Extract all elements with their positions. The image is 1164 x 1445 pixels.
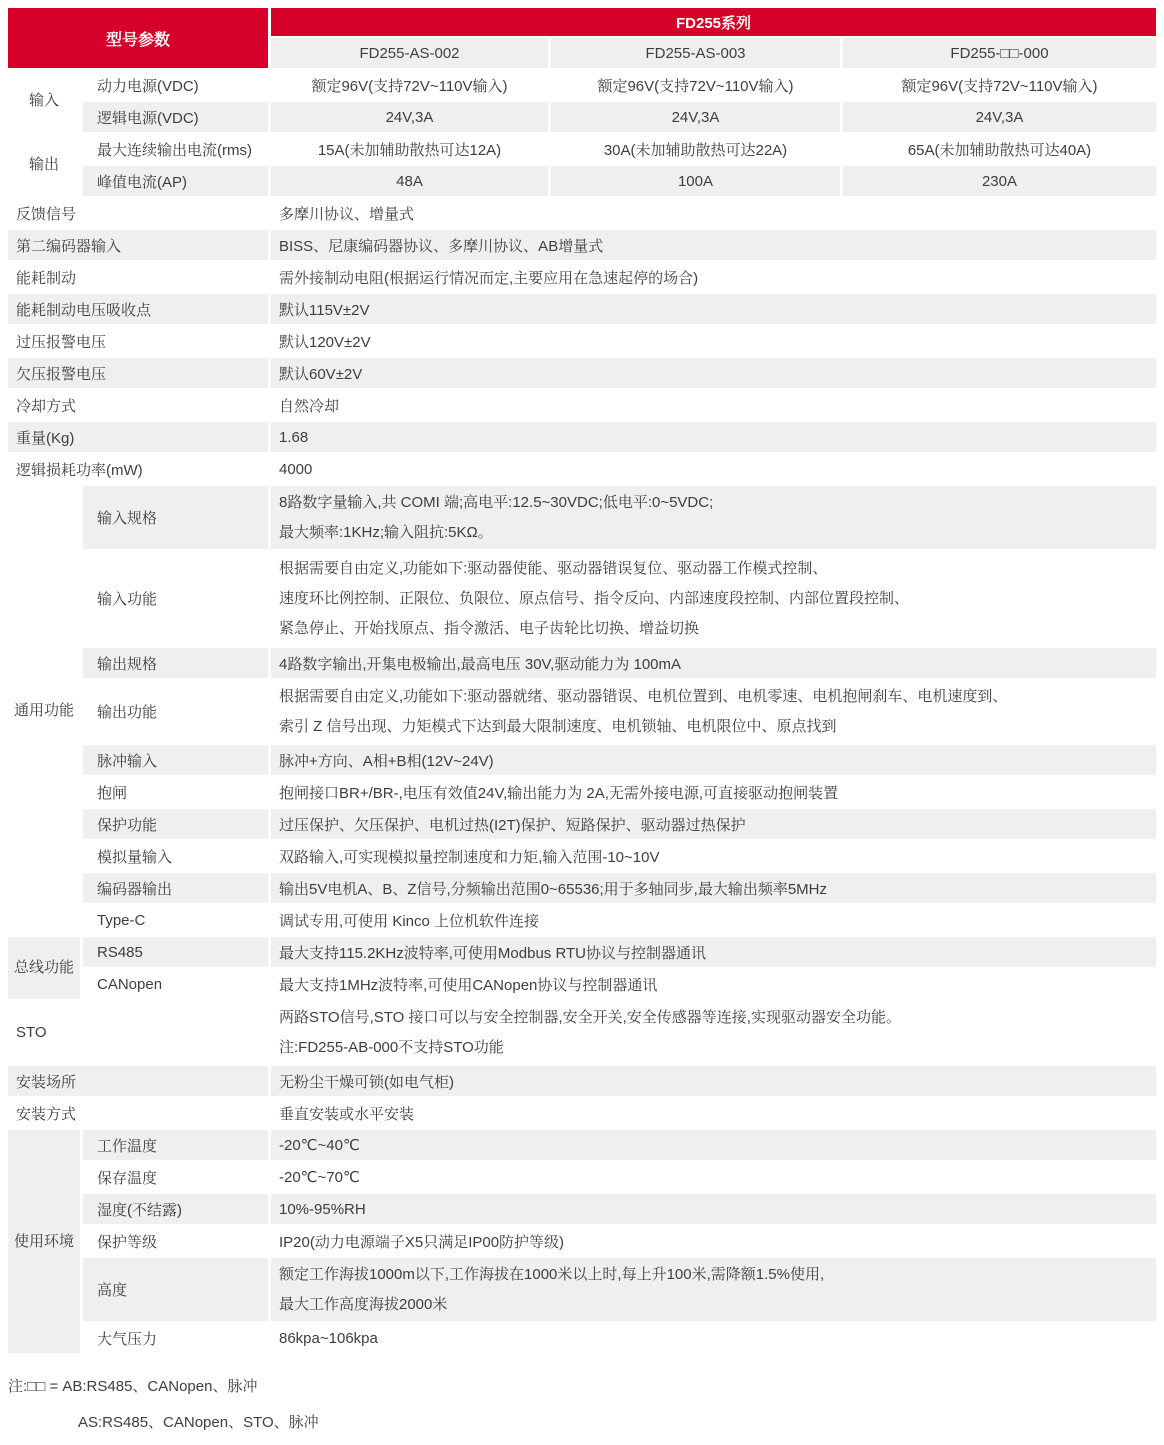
- spec-row: RS485最大支持115.2KHz波特率,可使用Modbus RTU协议与控制器…: [83, 937, 1156, 967]
- row-label: 工作温度: [83, 1130, 268, 1160]
- row-label: 编码器输出: [83, 873, 268, 903]
- row-label: 保护等级: [83, 1226, 268, 1256]
- spec-row: 工作温度-20℃~40℃: [83, 1130, 1156, 1160]
- row-label: 能耗制动: [8, 262, 268, 292]
- row-value: 两路STO信号,STO 接口可以与安全控制器,安全开关,安全传感器等连接,实现驱…: [271, 1001, 1156, 1064]
- value-cell: 48A: [271, 166, 548, 196]
- row-value: 需外接制动电阻(根据运行情况而定,主要应用在急速起停的场合): [271, 262, 1156, 292]
- row-label: RS485: [83, 937, 268, 967]
- row-label: 重量(Kg): [8, 422, 268, 452]
- spec-row: Type-C调试专用,可使用 Kinco 上位机软件连接: [83, 905, 1156, 935]
- row-label: 逻辑损耗功率(mW): [8, 454, 268, 484]
- row-label: 湿度(不结露): [83, 1194, 268, 1224]
- value-cell: 24V,3A: [271, 102, 548, 132]
- value-cell: 65A(未加辅助散热可达40A): [843, 134, 1156, 164]
- row-value: 自然冷却: [271, 390, 1156, 420]
- footnote: 注:□□ = AB:RS485、CANopen、脉冲 AS:RS485、CANo…: [8, 1377, 1156, 1433]
- spec-section: 输入动力电源(VDC)额定96V(支持72V~110V输入)额定96V(支持72…: [8, 70, 1156, 132]
- spec-row: 抱闸抱闸接口BR+/BR-,电压有效值24V,输出能力为 2A,无需外接电源,可…: [83, 777, 1156, 807]
- row-value: 脉冲+方向、A相+B相(12V~24V): [271, 745, 1156, 775]
- row-label: 峰值电流(AP): [83, 166, 268, 196]
- group-label: 输入: [8, 70, 80, 132]
- row-label: Type-C: [83, 905, 268, 935]
- spec-row: 最大连续输出电流(rms)15A(未加辅助散热可达12A)30A(未加辅助散热可…: [83, 134, 1156, 164]
- value-cell: 30A(未加辅助散热可达22A): [551, 134, 840, 164]
- spec-row: 能耗制动需外接制动电阻(根据运行情况而定,主要应用在急速起停的场合): [8, 262, 1156, 292]
- param-col-header: 型号参数: [8, 8, 268, 68]
- value-line: 根据需要自由定义,功能如下:驱动器就绪、驱动器错误、电机位置到、电机零速、电机抱…: [279, 682, 1146, 712]
- row-value: 10%-95%RH: [271, 1194, 1156, 1224]
- section-rows: 输入规格8路数字量输入,共 COMI 端;高电平:12.5~30VDC;低电平:…: [83, 486, 1156, 935]
- value-cell: 额定96V(支持72V~110V输入): [271, 70, 548, 100]
- row-value: 1.68: [271, 422, 1156, 452]
- row-label: 逻辑电源(VDC): [83, 102, 268, 132]
- row-label: 第二编码器输入: [8, 230, 268, 260]
- row-value: 默认115V±2V: [271, 294, 1156, 324]
- row-value: BISS、尼康编码器协议、多摩川协议、AB增量式: [271, 230, 1156, 260]
- spec-sections: 输入动力电源(VDC)额定96V(支持72V~110V输入)额定96V(支持72…: [8, 70, 1156, 1353]
- row-value: 输出5V电机A、B、Z信号,分频输出范围0~65536;用于多轴同步,最大输出频…: [271, 873, 1156, 903]
- row-label: 模拟量输入: [83, 841, 268, 871]
- spec-row: 高度额定工作海拔1000m以下,工作海拔在1000米以上时,每上升100米,需降…: [83, 1258, 1156, 1321]
- spec-row: 逻辑电源(VDC)24V,3A24V,3A24V,3A: [83, 102, 1156, 132]
- row-value: 双路输入,可实现模拟量控制速度和力矩,输入范围-10~10V: [271, 841, 1156, 871]
- footnote-line: AS:RS485、CANopen、STO、脉冲: [78, 1413, 1156, 1433]
- group-label: 通用功能: [8, 486, 80, 935]
- spec-row: 峰值电流(AP)48A100A230A: [83, 166, 1156, 196]
- spec-row: 输入功能根据需要自由定义,功能如下:驱动器使能、驱动器错误复位、驱动器工作模式控…: [83, 551, 1156, 646]
- row-value: 默认60V±2V: [271, 358, 1156, 388]
- model-column-header: FD255-AS-003: [551, 38, 840, 68]
- spec-row: 输出功能根据需要自由定义,功能如下:驱动器就绪、驱动器错误、电机位置到、电机零速…: [83, 680, 1156, 743]
- spec-row: 输入规格8路数字量输入,共 COMI 端;高电平:12.5~30VDC;低电平:…: [83, 486, 1156, 549]
- footnote-line: 注:□□ = AB:RS485、CANopen、脉冲: [8, 1377, 1156, 1397]
- row-value: 抱闸接口BR+/BR-,电压有效值24V,输出能力为 2A,无需外接电源,可直接…: [271, 777, 1156, 807]
- spec-page: 型号参数 FD255系列 FD255-AS-002 FD255-AS-003 F…: [0, 0, 1164, 1433]
- row-value: 调试专用,可使用 Kinco 上位机软件连接: [271, 905, 1156, 935]
- spec-row: 冷却方式自然冷却: [8, 390, 1156, 420]
- spec-row: 重量(Kg)1.68: [8, 422, 1156, 452]
- value-cell: 24V,3A: [843, 102, 1156, 132]
- row-label: 冷却方式: [8, 390, 268, 420]
- row-value: -20℃~70℃: [271, 1162, 1156, 1192]
- value-line: 最大频率:1KHz;输入阻抗:5KΩ。: [279, 518, 1146, 548]
- spec-row: 安装场所无粉尘干燥可锁(如电气柜): [8, 1066, 1156, 1096]
- row-value: 4000: [271, 454, 1156, 484]
- model-column-header: FD255-□□-000: [843, 38, 1156, 68]
- row-label: 最大连续输出电流(rms): [83, 134, 268, 164]
- row-label: 高度: [83, 1258, 268, 1321]
- group-label: 使用环境: [8, 1130, 80, 1353]
- value-cell: 100A: [551, 166, 840, 196]
- spec-section: 总线功能RS485最大支持115.2KHz波特率,可使用Modbus RTU协议…: [8, 937, 1156, 999]
- row-label: 大气压力: [83, 1323, 268, 1353]
- spec-row: 湿度(不结露)10%-95%RH: [83, 1194, 1156, 1224]
- row-label: 输出功能: [83, 680, 268, 743]
- value-line: 最大工作高度海拔2000米: [279, 1290, 1146, 1320]
- row-value: 最大支持115.2KHz波特率,可使用Modbus RTU协议与控制器通讯: [271, 937, 1156, 967]
- row-label: 保存温度: [83, 1162, 268, 1192]
- value-line: 根据需要自由定义,功能如下:驱动器使能、驱动器错误复位、驱动器工作模式控制、: [279, 554, 1146, 584]
- row-label: 输出规格: [83, 648, 268, 678]
- row-label: 反馈信号: [8, 198, 268, 228]
- spec-row: 第二编码器输入BISS、尼康编码器协议、多摩川协议、AB增量式: [8, 230, 1156, 260]
- row-label: 脉冲输入: [83, 745, 268, 775]
- spec-row: 反馈信号多摩川协议、增量式: [8, 198, 1156, 228]
- value-cell: 额定96V(支持72V~110V输入): [551, 70, 840, 100]
- spec-row: 能耗制动电压吸收点默认115V±2V: [8, 294, 1156, 324]
- spec-row: 编码器输出输出5V电机A、B、Z信号,分频输出范围0~65536;用于多轴同步,…: [83, 873, 1156, 903]
- row-value: -20℃~40℃: [271, 1130, 1156, 1160]
- row-value: 根据需要自由定义,功能如下:驱动器就绪、驱动器错误、电机位置到、电机零速、电机抱…: [271, 680, 1156, 743]
- section-rows: RS485最大支持115.2KHz波特率,可使用Modbus RTU协议与控制器…: [83, 937, 1156, 999]
- row-value: 根据需要自由定义,功能如下:驱动器使能、驱动器错误复位、驱动器工作模式控制、速度…: [271, 551, 1156, 646]
- row-label: 欠压报警电压: [8, 358, 268, 388]
- value-line: 速度环比例控制、正限位、负限位、原点信号、指令反向、内部速度段控制、内部位置段控…: [279, 584, 1146, 614]
- spec-row: 输出规格4路数字输出,开集电极输出,最高电压 30V,驱动能力为 100mA: [83, 648, 1156, 678]
- spec-row: STO两路STO信号,STO 接口可以与安全控制器,安全开关,安全传感器等连接,…: [8, 1001, 1156, 1064]
- value-line: 索引 Z 信号出现、力矩模式下达到最大限制速度、电机锁轴、电机限位中、原点找到: [279, 712, 1146, 742]
- row-value: 过压保护、欠压保护、电机过热(I2T)保护、短路保护、驱动器过热保护: [271, 809, 1156, 839]
- row-label: 安装场所: [8, 1066, 268, 1096]
- row-value: 垂直安装或水平安装: [271, 1098, 1156, 1128]
- row-value: IP20(动力电源端子X5只满足IP00防护等级): [271, 1226, 1156, 1256]
- spec-row: 安装方式垂直安装或水平安装: [8, 1098, 1156, 1128]
- table-header: 型号参数 FD255系列 FD255-AS-002 FD255-AS-003 F…: [8, 8, 1156, 68]
- spec-section: 使用环境工作温度-20℃~40℃保存温度-20℃~70℃湿度(不结露)10%-9…: [8, 1130, 1156, 1353]
- section-rows: 最大连续输出电流(rms)15A(未加辅助散热可达12A)30A(未加辅助散热可…: [83, 134, 1156, 196]
- model-header-row: FD255-AS-002 FD255-AS-003 FD255-□□-000: [271, 38, 1156, 68]
- spec-row: 欠压报警电压默认60V±2V: [8, 358, 1156, 388]
- value-line: 两路STO信号,STO 接口可以与安全控制器,安全开关,安全传感器等连接,实现驱…: [279, 1003, 1146, 1033]
- spec-section: 通用功能输入规格8路数字量输入,共 COMI 端;高电平:12.5~30VDC;…: [8, 486, 1156, 935]
- spec-row: 逻辑损耗功率(mW)4000: [8, 454, 1156, 484]
- value-cell: 24V,3A: [551, 102, 840, 132]
- value-cell: 230A: [843, 166, 1156, 196]
- row-label: 安装方式: [8, 1098, 268, 1128]
- group-label: 输出: [8, 134, 80, 196]
- row-value: 86kpa~106kpa: [271, 1323, 1156, 1353]
- row-value: 额定工作海拔1000m以下,工作海拔在1000米以上时,每上升100米,需降额1…: [271, 1258, 1156, 1321]
- row-label: 动力电源(VDC): [83, 70, 268, 100]
- spec-section: 输出最大连续输出电流(rms)15A(未加辅助散热可达12A)30A(未加辅助散…: [8, 134, 1156, 196]
- value-cell: 15A(未加辅助散热可达12A): [271, 134, 548, 164]
- row-label: 输入规格: [83, 486, 268, 549]
- model-column-header: FD255-AS-002: [271, 38, 548, 68]
- spec-row: 过压报警电压默认120V±2V: [8, 326, 1156, 356]
- spec-table: 型号参数 FD255系列 FD255-AS-002 FD255-AS-003 F…: [8, 8, 1156, 1353]
- row-label: STO: [8, 1001, 268, 1064]
- row-value: 无粉尘干燥可锁(如电气柜): [271, 1066, 1156, 1096]
- spec-row: 脉冲输入脉冲+方向、A相+B相(12V~24V): [83, 745, 1156, 775]
- row-label: 过压报警电压: [8, 326, 268, 356]
- row-label: 抱闸: [83, 777, 268, 807]
- series-header-block: FD255系列 FD255-AS-002 FD255-AS-003 FD255-…: [271, 8, 1156, 68]
- row-value: 默认120V±2V: [271, 326, 1156, 356]
- row-value: 8路数字量输入,共 COMI 端;高电平:12.5~30VDC;低电平:0~5V…: [271, 486, 1156, 549]
- group-label: 总线功能: [8, 937, 80, 999]
- row-label: 保护功能: [83, 809, 268, 839]
- spec-row: 模拟量输入双路输入,可实现模拟量控制速度和力矩,输入范围-10~10V: [83, 841, 1156, 871]
- spec-row: 保存温度-20℃~70℃: [83, 1162, 1156, 1192]
- section-rows: 动力电源(VDC)额定96V(支持72V~110V输入)额定96V(支持72V~…: [83, 70, 1156, 132]
- row-label: CANopen: [83, 969, 268, 999]
- row-value: 多摩川协议、增量式: [271, 198, 1156, 228]
- row-value: 4路数字输出,开集电极输出,最高电压 30V,驱动能力为 100mA: [271, 648, 1156, 678]
- value-line: 紧急停止、开始找原点、指令激活、电子齿轮比切换、增益切换: [279, 614, 1146, 644]
- value-line: 额定工作海拔1000m以下,工作海拔在1000米以上时,每上升100米,需降额1…: [279, 1260, 1146, 1290]
- spec-row: 动力电源(VDC)额定96V(支持72V~110V输入)额定96V(支持72V~…: [83, 70, 1156, 100]
- value-cell: 额定96V(支持72V~110V输入): [843, 70, 1156, 100]
- row-value: 最大支持1MHz波特率,可使用CANopen协议与控制器通讯: [271, 969, 1156, 999]
- row-label: 输入功能: [83, 551, 268, 646]
- spec-row: 保护等级IP20(动力电源端子X5只满足IP00防护等级): [83, 1226, 1156, 1256]
- row-label: 能耗制动电压吸收点: [8, 294, 268, 324]
- series-header: FD255系列: [271, 8, 1156, 36]
- spec-row: 大气压力86kpa~106kpa: [83, 1323, 1156, 1353]
- value-line: 8路数字量输入,共 COMI 端;高电平:12.5~30VDC;低电平:0~5V…: [279, 488, 1146, 518]
- spec-row: 保护功能过压保护、欠压保护、电机过热(I2T)保护、短路保护、驱动器过热保护: [83, 809, 1156, 839]
- section-rows: 工作温度-20℃~40℃保存温度-20℃~70℃湿度(不结露)10%-95%RH…: [83, 1130, 1156, 1353]
- value-line: 注:FD255-AB-000不支持STO功能: [279, 1033, 1146, 1063]
- spec-row: CANopen最大支持1MHz波特率,可使用CANopen协议与控制器通讯: [83, 969, 1156, 999]
